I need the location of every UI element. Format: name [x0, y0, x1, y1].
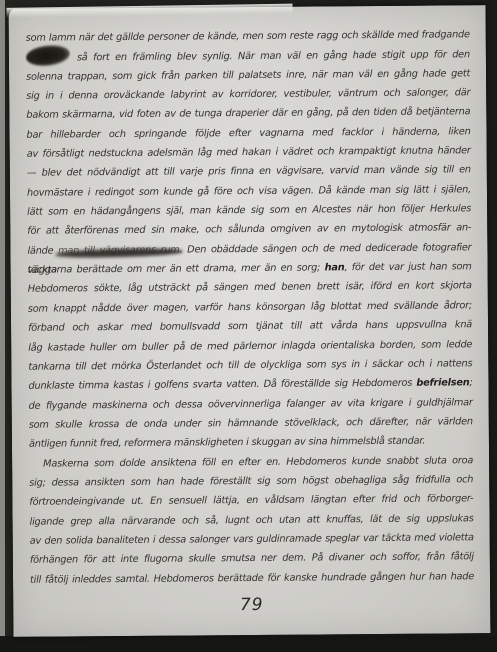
emphasized-word: han	[325, 262, 345, 273]
page-number: 79	[13, 593, 490, 617]
text-segment: till fåtölj inleddes samtal. Hebdomeros …	[30, 571, 474, 585]
text-segment: , för det var just han som	[344, 261, 471, 273]
page-text: som lamm när det gällde personer de känd…	[26, 25, 474, 589]
text-segment: solenna trappan, som gick från parken ti…	[26, 68, 470, 82]
text-segment: förtroendeingivande ut. En sensuell lätt…	[29, 493, 473, 507]
text-segment: som knappt nådde över magen, varför hans…	[28, 300, 472, 314]
text-segment: bar hillebarder och springande följde ef…	[26, 126, 470, 140]
text-segment: låg kastade huller om buller på de med p…	[28, 339, 472, 353]
text-segment: tankarna till det mörka Österlandet och …	[28, 358, 472, 372]
text-segment: ligande grep alla närvarande och så, lug…	[30, 513, 474, 527]
text-segment: lände	[27, 245, 58, 256]
text-segment: bakom skärmarna, vid foten av de tunga d…	[26, 107, 470, 121]
text-segment: som lamm när det gällde personer de känd…	[26, 29, 470, 43]
text-segment: de flygande maskinerna och dessa oövervi…	[29, 397, 473, 411]
text-segment: förband och askar med bomullsvadd som tj…	[28, 319, 472, 333]
redacted-text: man till vägvisarens rum	[58, 244, 180, 256]
text-segment: ;	[469, 377, 472, 388]
text-segment: hovmästare i redingot som kunde gå före …	[27, 184, 471, 198]
ink-blot-icon	[25, 44, 71, 69]
scanned-page: som lamm när det gällde personer de känd…	[9, 5, 491, 637]
text-line: till fåtölj inleddes samtal. Hebdomeros …	[30, 567, 474, 590]
text-segment: som skulle krossa de onda under sin hämn…	[29, 416, 473, 430]
text-segment: av den solida banaliteten i dessa salong…	[30, 532, 474, 546]
text-segment: — blev det nödvändigt att till varje pri…	[27, 165, 471, 179]
text-segment: sig in i denna oroväckande labyrint av k…	[26, 87, 470, 101]
emphasized-word: befrielsen	[416, 377, 469, 388]
text-segment: sig; dessa ansikten som han hade förestä…	[29, 474, 473, 488]
text-segment: förhängen för att inte flugorna skulle s…	[30, 552, 474, 566]
text-segment: för att återförenas med sin make, och så…	[27, 223, 471, 237]
text-segment: av försåtligt nedstuckna adelsmän låg me…	[27, 145, 471, 159]
text-segment: Maskerna som dolde ansiktena föll en eft…	[43, 455, 473, 469]
text-segment: så fort en främling blev synlig. När man…	[77, 50, 470, 64]
text-segment: väggarna berättade om mer än ett drama, …	[28, 263, 325, 276]
text-segment: Hebdomeros sökte, låg utsträckt på sänge…	[28, 281, 472, 295]
text-segment: dunklaste timma kastas i golfens svarta …	[28, 378, 416, 392]
text-segment: lätt som en hädangångens själ, man kände…	[27, 203, 471, 217]
text-segment: äntligen funnit fred, reformera mänsklig…	[29, 436, 425, 450]
